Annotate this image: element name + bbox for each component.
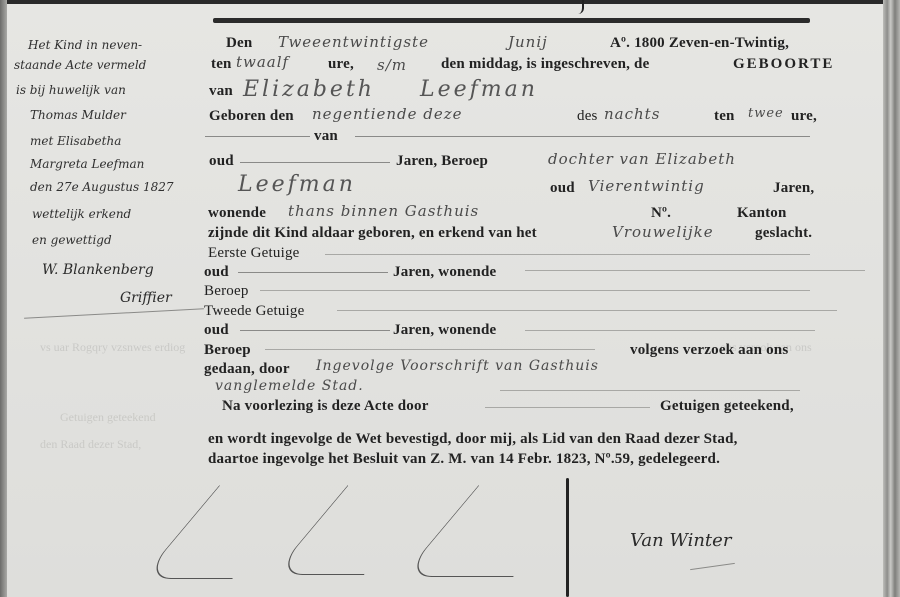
form-rule <box>525 330 815 331</box>
label-beroep-2: Beroep <box>204 342 251 359</box>
form-rule <box>205 136 310 137</box>
label-den: Den <box>226 35 252 52</box>
label-eerste-getuige: Eerste Getuige <box>208 245 300 262</box>
label-anno-year: Aº. 1800 Zeven-en-Twintig, <box>610 35 789 52</box>
label-wet-bevestigd: en wordt ingevolge de Wet bevestigd, doo… <box>208 431 738 448</box>
hw-date-day: Tweeentwintigste <box>278 33 429 51</box>
label-oud-3: oud <box>204 264 229 281</box>
label-beroep-1: Beroep <box>204 283 249 300</box>
hw-month: Junij <box>508 33 548 51</box>
form-rule <box>240 162 390 163</box>
label-tweede-getuige: Tweede Getuige <box>204 303 304 320</box>
label-kanton: Kanton <box>737 205 787 222</box>
label-oud-2: oud <box>550 180 575 197</box>
label-van: van <box>209 83 233 100</box>
label-oud-4: oud <box>204 322 229 339</box>
bleed-through-text: Getuigen geteekend <box>60 410 156 425</box>
form-rule <box>240 330 390 331</box>
label-den-middag: den middag, is ingeschreven, de <box>441 56 649 73</box>
form-rule <box>238 272 388 273</box>
label-des: des <box>577 108 598 125</box>
label-van-2: van <box>314 128 338 145</box>
label-gedaan-door: gedaan, door <box>204 361 290 378</box>
hw-child-first-name: Elizabeth <box>243 77 375 102</box>
margin-line: is bij huwelijk van <box>16 83 126 97</box>
form-rule <box>265 349 595 350</box>
officer-signature: Van Winter <box>630 530 731 551</box>
form-rule <box>337 310 837 311</box>
bleed-through-text: den Raad dezer Stad, <box>40 437 141 452</box>
hw-declarant-line-2: vanglemelde Stad. <box>215 378 364 394</box>
label-oud: oud <box>209 153 234 170</box>
margin-signature-alderman: W. Blankenberg <box>42 262 154 278</box>
margin-line: wettelijk erkend <box>32 207 131 221</box>
book-spine-edge <box>883 0 900 597</box>
label-geslacht: geslacht. <box>755 225 812 242</box>
form-rule <box>525 270 865 271</box>
margin-signature-griffier: Griffier <box>120 290 172 306</box>
margin-line: met Elisabetha <box>30 134 121 148</box>
label-number: Nº. <box>651 205 671 222</box>
margin-line: en gewettigd <box>32 233 112 247</box>
label-wonende: wonende <box>208 205 266 222</box>
bleed-through-text: vs uar Rogqry vzsnwes erdiog <box>40 340 185 355</box>
hw-residence: thans binnen Gasthuis <box>288 202 479 220</box>
label-na-voorlezing: Na voorlezing is deze Acte door <box>222 398 429 415</box>
margin-line: Het Kind in neven- <box>28 38 142 52</box>
signature-flourish <box>141 485 312 579</box>
form-rule <box>260 290 810 291</box>
hw-mother-age: Vierentwintig <box>588 177 705 195</box>
label-besluit: daartoe ingevolge het Besluit van Z. M. … <box>208 451 720 468</box>
label-jaren: Jaren, <box>773 180 814 197</box>
margin-line: Thomas Mulder <box>30 108 126 122</box>
signature-flourish <box>401 485 590 577</box>
label-ten-2: ten <box>714 108 735 125</box>
scan-left-edge <box>0 0 7 597</box>
margin-line: staande Acte vermeld <box>14 58 146 72</box>
label-ure: ure, <box>328 56 354 73</box>
label-jaren-wonende-1: Jaren, wonende <box>393 264 496 281</box>
margin-line: Margreta Leefman <box>30 157 144 171</box>
hw-hour: twaalf <box>236 53 289 71</box>
birth-record-page: vs uar Rogqry vzsnwes erdiog ons vereok … <box>0 0 900 597</box>
header-rule <box>213 18 810 23</box>
form-rule <box>325 254 810 255</box>
hw-declarant-line-1: Ingevolge Voorschrift van Gasthuis <box>316 358 599 374</box>
hw-child-surname: Leefman <box>420 77 538 102</box>
label-zijnde: zijnde dit Kind aldaar geboren, en erken… <box>208 225 537 242</box>
bracket-top <box>578 0 584 14</box>
label-geboorte: GEBOORTE <box>733 56 834 73</box>
hw-dag-deel: nachts <box>604 105 660 123</box>
hw-birth-day: negentiende deze <box>312 105 463 123</box>
hw-mother-surname: Leefman <box>238 172 356 197</box>
signature-bracket <box>566 478 569 597</box>
hw-time-of-day: s/m <box>377 56 407 74</box>
hw-mother-occupation: dochter van Elizabeth <box>548 150 736 168</box>
label-geboren-den: Geboren den <box>209 108 294 125</box>
label-volgens-verzoek: volgens verzoek aan ons <box>630 342 788 359</box>
margin-line: den 27e Augustus 1827 <box>30 180 174 194</box>
hw-sex: Vrouwelijke <box>612 223 714 241</box>
label-jaren-beroep: Jaren, Beroep <box>396 153 488 170</box>
signature-underline <box>690 563 735 570</box>
label-ure-2: ure, <box>791 108 817 125</box>
label-jaren-wonende-2: Jaren, wonende <box>393 322 496 339</box>
hw-birth-hour: twee <box>748 106 784 121</box>
scan-top-border <box>0 0 900 4</box>
label-ten: ten <box>211 56 232 73</box>
form-rule <box>500 390 800 391</box>
margin-flourish <box>24 308 204 318</box>
form-rule <box>355 136 810 137</box>
form-rule <box>485 407 650 408</box>
label-getuigen-geteekend: Getuigen geteekend, <box>660 398 794 415</box>
